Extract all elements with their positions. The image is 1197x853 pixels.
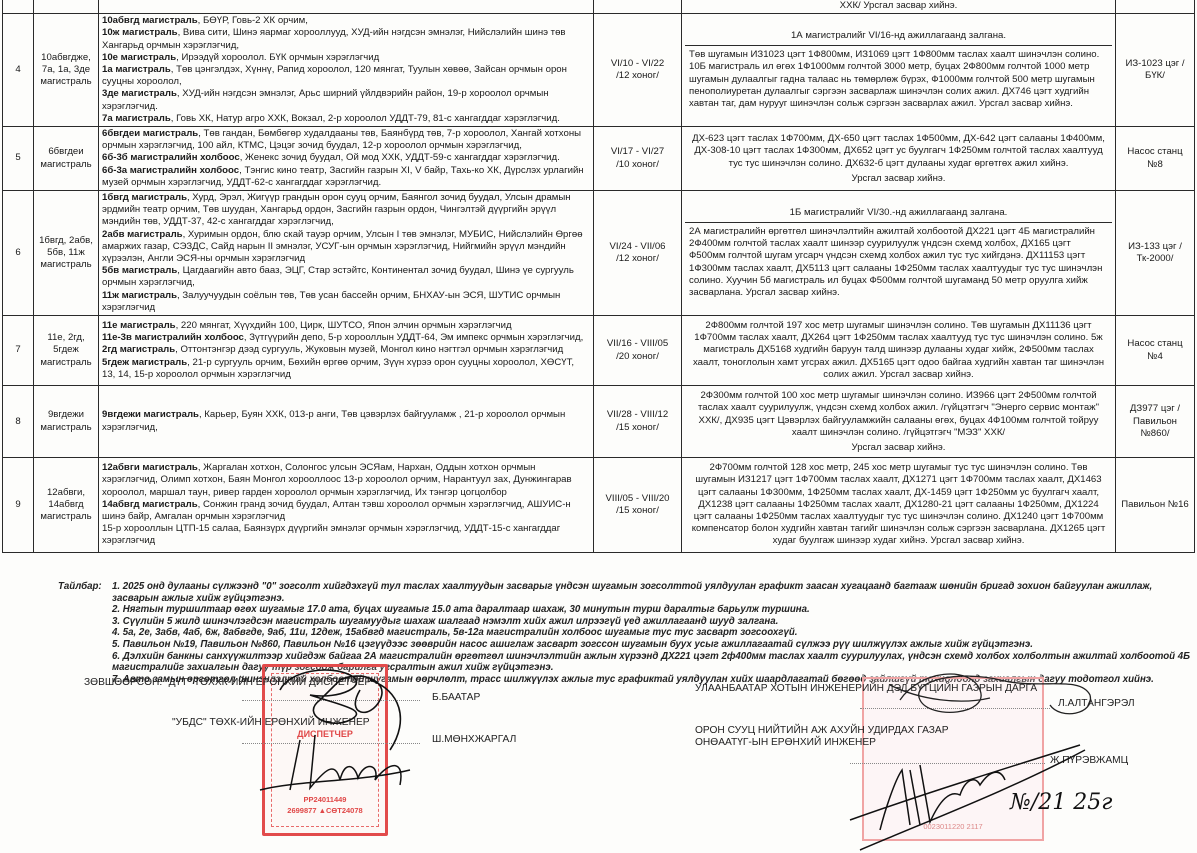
work-text: 2Ф800мм голчтой 197 хос метр шугамыг шин… bbox=[685, 317, 1112, 384]
work-text: 2Ф300мм голчтой 100 хос метр шугамыг шин… bbox=[685, 387, 1112, 442]
main-line-name: 9вгдежи магистраль bbox=[102, 409, 199, 420]
consumer-list: 15-р хорооллын ЦТП-15 салаа, Баянзүрх дү… bbox=[102, 523, 560, 546]
consumer-list: , Женекс зочид буудал, Ой мод ХХК, УДДТ-… bbox=[240, 152, 560, 163]
main-lines: 11е, 2гд, 5гдеж магистраль bbox=[34, 316, 99, 386]
consumer-list: , БӨҮР, Говь-2 ХК орчим, bbox=[198, 15, 308, 26]
row-number: 8 bbox=[3, 386, 34, 458]
consumer-entry: 1а магистраль, Төв цэнгэлдэх, Хүннү, Рап… bbox=[102, 64, 590, 88]
shutdown-period: VI/10 - VI/22/12 хоног/ bbox=[594, 14, 682, 127]
duration: /12 хоног/ bbox=[597, 253, 678, 265]
consumer-list: , Ирээдүй хороолол. БҮК орчмын хэрэглэгч… bbox=[176, 52, 379, 63]
main-line-name: 10е магистраль bbox=[102, 52, 176, 63]
pump-location: Насос станц №4 bbox=[1116, 316, 1195, 386]
work-text: 2А магистралийн өргөтгөл шинэчлэлтийн аж… bbox=[685, 223, 1112, 302]
work-header-note: 1А магистралийг VI/16-нд ажиллагаанд зал… bbox=[685, 27, 1112, 46]
affected-consumers: 9вгдежи магистраль, Карьер, Буян ХХК, 01… bbox=[99, 386, 594, 458]
main-line-name: 1бвгд магистраль bbox=[102, 192, 187, 203]
duration: /10 хоног/ bbox=[597, 159, 678, 171]
note-item: 3. Сүүлийн 5 жилд шинэчлэгдсэн магистрал… bbox=[112, 616, 1193, 628]
note-item: 1. 2025 онд дулааны сүлжээнд "0" зогсолт… bbox=[112, 581, 1193, 604]
repair-schedule-table: ХХК/ Урсгал засвар хийнэ. 410абвгдже, 7а… bbox=[2, 0, 1195, 553]
table-row: 711е, 2гд, 5гдеж магистраль11е магистрал… bbox=[3, 316, 1195, 386]
main-lines: 12абвги, 14абвгд магистраль bbox=[34, 458, 99, 552]
repair-work-description: 1А магистралийг VI/16-нд ажиллагаанд зал… bbox=[682, 14, 1116, 127]
consumer-list: , Говь ХК, Натур агро ХХК, Вокзал, 2-р х… bbox=[171, 113, 560, 124]
pump-location: Насос станц №8 bbox=[1116, 127, 1195, 191]
consumer-entry: 1бвгд магистраль, Хурд, Эрэл, Жигүүр гра… bbox=[102, 192, 590, 229]
consumer-entry: 11е-3в магистралийн холбоос, Зүтгүүрийн … bbox=[102, 332, 590, 344]
pump-location: ДЗ977 цэг /Павильон №860/ bbox=[1116, 386, 1195, 458]
handwritten-date: №/21 25г bbox=[1010, 790, 1112, 815]
consumer-entry: 3де магистраль, ХУД-ийн нэгдсэн эмнэлэг,… bbox=[102, 88, 590, 112]
stamp-reg-code: 2699877 ▲СӨТ24078 bbox=[265, 806, 385, 815]
consumer-entry: 5гдеж магистраль, 21-р сургууль орчим, Б… bbox=[102, 357, 590, 381]
consumer-list: , 220 мянгат, Хүүхдийн 100, Цирк, ШУТСО,… bbox=[176, 320, 512, 331]
shutdown-period: VII/16 - VIII/05/20 хоног/ bbox=[594, 316, 682, 386]
consumer-entry: 10е магистраль, Ирээдүй хороолол. БҮК ор… bbox=[102, 52, 590, 64]
main-lines: 10абвгдже, 7а, 1а, 3де магистраль bbox=[34, 14, 99, 127]
main-line-name: 3де магистраль bbox=[102, 88, 177, 99]
work-tail: Урсгал засвар хийнэ. bbox=[685, 173, 1112, 187]
date-range: VI/24 - VII/06 bbox=[597, 241, 678, 253]
repair-work-description: 2Ф300мм голчтой 100 хос метр шугамыг шин… bbox=[682, 386, 1116, 458]
work-tail: Урсгал засвар хийнэ. bbox=[685, 442, 1112, 456]
main-line-name: 11ж магистраль bbox=[102, 290, 177, 301]
consumer-list: , Төв цэнгэлдэх, Хүннү, Рапид хороолол, … bbox=[102, 64, 567, 87]
consumer-list: , Оттонтэнгэр дээд сургууль, Жуковын муз… bbox=[175, 344, 563, 355]
consumer-entry: 11е магистраль, 220 мянгат, Хүүхдийн 100… bbox=[102, 320, 590, 332]
affected-consumers: 6бвгдеи магистраль, Төв гандан, Бөмбөгөр… bbox=[99, 127, 594, 191]
repair-work-description: 1Б магистралийг VI/30.-нд ажиллагаанд за… bbox=[682, 191, 1116, 316]
date-range: VII/16 - VIII/05 bbox=[597, 338, 678, 350]
shutdown-period: VI/24 - VII/06/12 хоног/ bbox=[594, 191, 682, 316]
signature-scribble-2 bbox=[240, 720, 440, 800]
consumer-entry: 10абвгд магистраль, БӨҮР, Говь-2 ХК орчи… bbox=[102, 15, 590, 27]
consumer-entry: 15-р хорооллын ЦТП-15 салаа, Баянзүрх дү… bbox=[102, 523, 590, 547]
duration: /15 хоног/ bbox=[597, 422, 678, 434]
consumer-entry: 2абв магистраль, Хуримын ордон, блю скай… bbox=[102, 229, 590, 266]
main-line-name: 10ж магистраль bbox=[102, 27, 178, 38]
row-number: 6 bbox=[3, 191, 34, 316]
duration: /15 хоног/ bbox=[597, 505, 678, 517]
consumer-entry: 10ж магистраль, Вива сити, Шинэ яармаг х… bbox=[102, 27, 590, 51]
row-number: 7 bbox=[3, 316, 34, 386]
table-row: 89вгдежи магистраль9вгдежи магистраль, К… bbox=[3, 386, 1195, 458]
main-line-name: 2гд магистраль bbox=[102, 344, 175, 355]
consumer-entry: 11ж магистраль, Залуучуудын соёлын төв, … bbox=[102, 290, 590, 314]
shutdown-period: VI/17 - VI/27/10 хоног/ bbox=[594, 127, 682, 191]
date-range: VII/28 - VIII/12 bbox=[597, 409, 678, 421]
consumer-entry: 2гд магистраль, Оттонтэнгэр дээд сургуул… bbox=[102, 344, 590, 356]
main-line-name: 6б-3а магистралийн холбоос bbox=[102, 165, 239, 176]
table-row: 410абвгдже, 7а, 1а, 3де магистраль10абвг… bbox=[3, 14, 1195, 127]
document-page: ХХК/ Урсгал засвар хийнэ. 410абвгдже, 7а… bbox=[0, 0, 1197, 853]
main-line-name: 5бв магистраль bbox=[102, 265, 177, 276]
repair-work-description: ДХ-623 цэгт таслах 1Ф700мм, ДХ-650 цэгт … bbox=[682, 127, 1116, 191]
date-range: VI/17 - VI/27 bbox=[597, 146, 678, 158]
notes-label: Тайлбар: bbox=[58, 581, 102, 593]
row-number: 5 bbox=[3, 127, 34, 191]
date-range: VI/10 - VI/22 bbox=[597, 58, 678, 70]
table-row: 56бвгдеи магистраль6бвгдеи магистраль, Т… bbox=[3, 127, 1195, 191]
shutdown-period: VIII/05 - VIII/20/15 хоног/ bbox=[594, 458, 682, 552]
duration: /20 хоног/ bbox=[597, 351, 678, 363]
consumer-entry: 6б-3а магистралийн холбоос, Тэнгис кино … bbox=[102, 165, 590, 189]
affected-consumers: 12абвги магистраль, Жаргалан хотхон, Сол… bbox=[99, 458, 594, 552]
consumer-entry: 14абвгд магистраль, Сонжин гранд зочид б… bbox=[102, 499, 590, 523]
consumer-entry: 7а магистраль, Говь ХК, Натур агро ХХК, … bbox=[102, 113, 590, 125]
consumer-list: , Зүтгүүрийн депо, 5-р хорооллын УДДТ-64… bbox=[244, 332, 583, 343]
note-item: 5. Павильон №19, Павильон №860, Павильон… bbox=[112, 639, 1193, 651]
repair-work-description: 2Ф700мм голчтой 128 хос метр, 245 хос ме… bbox=[682, 458, 1116, 552]
note-item: 4. 5а, 2е, 3абв, 4аб, 6ж, 8абвгде, 9аб, … bbox=[112, 627, 1193, 639]
date-range: VIII/05 - VIII/20 bbox=[597, 493, 678, 505]
table-row: 912абвги, 14абвгд магистраль12абвги маги… bbox=[3, 458, 1195, 552]
affected-consumers: 10абвгд магистраль, БӨҮР, Говь-2 ХК орчи… bbox=[99, 14, 594, 127]
table-row-continued: ХХК/ Урсгал засвар хийнэ. bbox=[3, 0, 1195, 14]
main-line-name: 6б-3б магистралийн холбоос bbox=[102, 152, 240, 163]
work-text: ДХ-623 цэгт таслах 1Ф700мм, ДХ-650 цэгт … bbox=[685, 130, 1112, 173]
main-line-name: 11е-3в магистралийн холбоос bbox=[102, 332, 244, 343]
main-line-name: 10абвгд магистраль bbox=[102, 15, 198, 26]
consumer-entry: 12абвги магистраль, Жаргалан хотхон, Сол… bbox=[102, 462, 590, 499]
consumer-entry: 5бв магистраль, Цагдаагийн авто бааз, ЭЦ… bbox=[102, 265, 590, 289]
main-line-name: 7а магистраль bbox=[102, 113, 171, 124]
main-line-name: 12абвги магистраль bbox=[102, 462, 198, 473]
work-header-note: 1Б магистралийг VI/30.-нд ажиллагаанд за… bbox=[685, 204, 1112, 223]
pump-location: ИЗ-133 цэг /Тк-2000/ bbox=[1116, 191, 1195, 316]
main-lines: 9вгдежи магистраль bbox=[34, 386, 99, 458]
consumer-entry: 6б-3б магистралийн холбоос, Женекс зочид… bbox=[102, 152, 590, 164]
main-line-name: 5гдеж магистраль bbox=[102, 357, 187, 368]
pump-location: ИЗ-1023 цэг /БҮК/ bbox=[1116, 14, 1195, 127]
shutdown-period: VII/28 - VIII/12/15 хоног/ bbox=[594, 386, 682, 458]
pump-location: Павильон №16 bbox=[1116, 458, 1195, 552]
row-number: 9 bbox=[3, 458, 34, 552]
signature-scribble-3 bbox=[860, 660, 1100, 730]
work-text: Төв шугамын ИЗ1023 цэгт 1Ф800мм, ИЗ1069 … bbox=[685, 46, 1112, 113]
work-tail-continued: ХХК/ Урсгал засвар хийнэ. bbox=[682, 0, 1116, 14]
consumer-entry: 9вгдежи магистраль, Карьер, Буян ХХК, 01… bbox=[102, 409, 590, 433]
affected-consumers: 11е магистраль, 220 мянгат, Хүүхдийн 100… bbox=[99, 316, 594, 386]
duration: /12 хоног/ bbox=[597, 70, 678, 82]
main-line-name: 6бвгдеи магистраль bbox=[102, 128, 198, 139]
note-item: 2. Нягтын туршилтаар өгөх шугамыг 17.0 а… bbox=[112, 604, 1193, 616]
row-number: 4 bbox=[3, 14, 34, 127]
table-row: 61бвгд, 2абв, 5бв, 11ж магистраль1бвгд м… bbox=[3, 191, 1195, 316]
work-text: 2Ф700мм голчтой 128 хос метр, 245 хос ме… bbox=[685, 459, 1112, 550]
affected-consumers: 1бвгд магистраль, Хурд, Эрэл, Жигүүр гра… bbox=[99, 191, 594, 316]
main-line-name: 2абв магистраль bbox=[102, 229, 183, 240]
main-line-name: 14абвгд магистраль bbox=[102, 499, 198, 510]
main-lines: 6бвгдеи магистраль bbox=[34, 127, 99, 191]
repair-work-description: 2Ф800мм голчтой 197 хос метр шугамыг шин… bbox=[682, 316, 1116, 386]
main-lines: 1бвгд, 2абв, 5бв, 11ж магистраль bbox=[34, 191, 99, 316]
main-line-name: 11е магистраль bbox=[102, 320, 176, 331]
main-line-name: 1а магистраль bbox=[102, 64, 171, 75]
consumer-entry: 6бвгдеи магистраль, Төв гандан, Бөмбөгөр… bbox=[102, 128, 590, 152]
